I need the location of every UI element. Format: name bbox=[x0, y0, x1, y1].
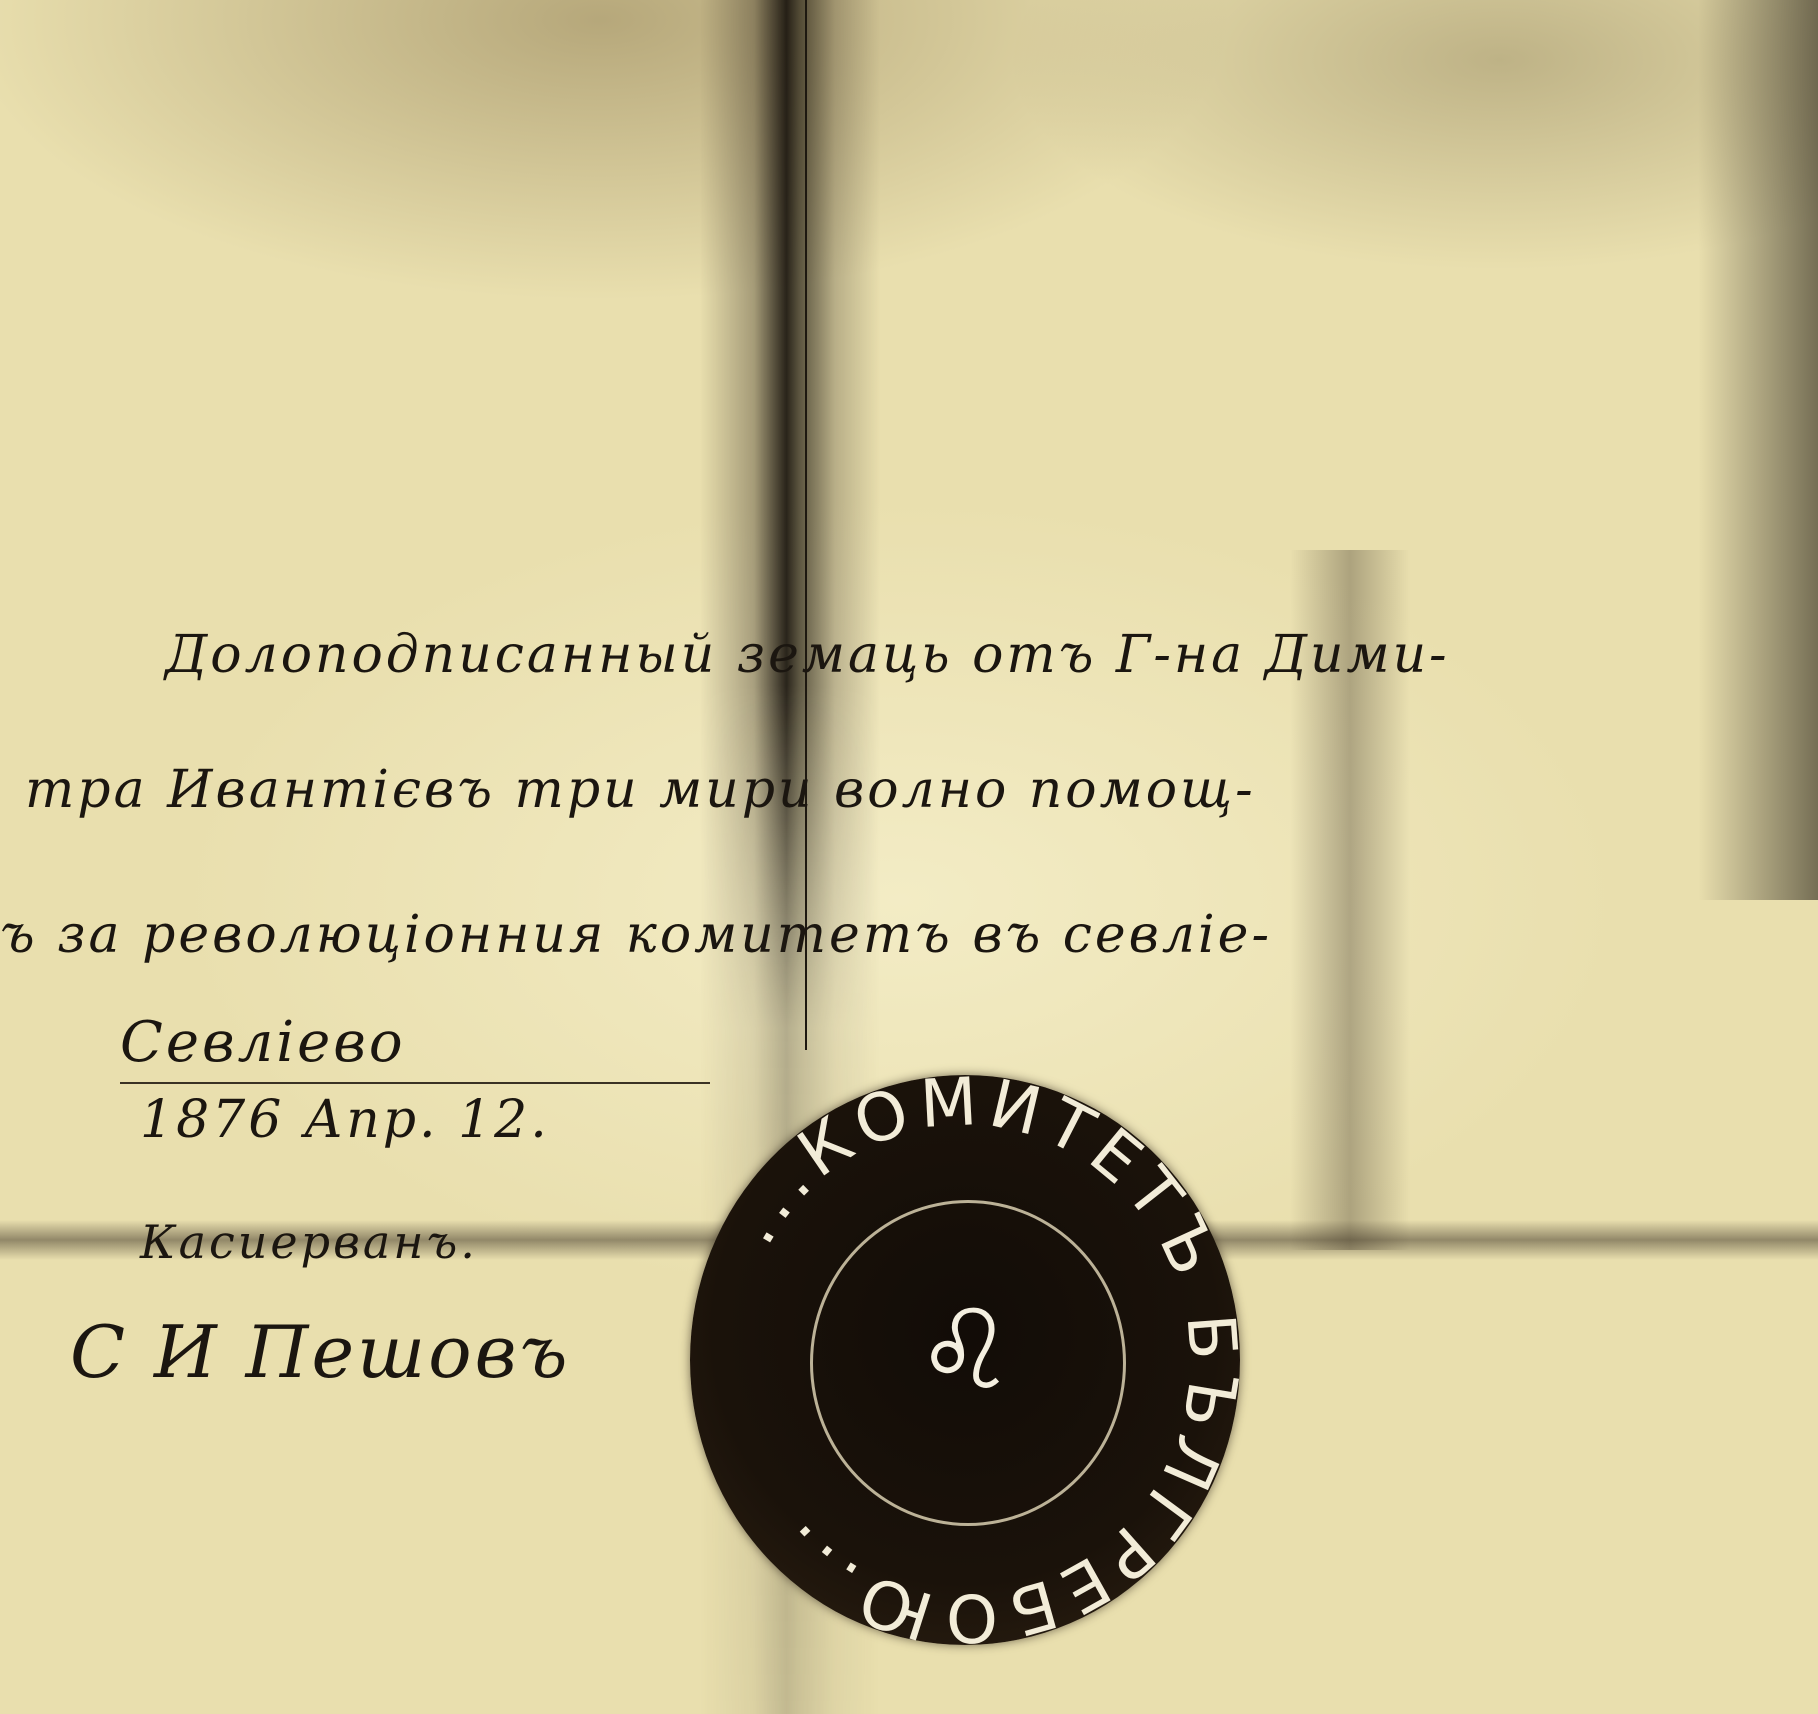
signature: С И Пешовъ bbox=[70, 1310, 571, 1394]
committee-seal: ...КОМИТЕТЪ БЪЛГРЕБОЮ... ♌ bbox=[690, 1075, 1240, 1645]
place-name: Севліево bbox=[120, 1010, 406, 1075]
document-date: 1876 Апр. 12. bbox=[140, 1090, 550, 1150]
signer-title: Касиерванъ. bbox=[140, 1215, 478, 1269]
right-edge-shadow bbox=[1698, 0, 1818, 900]
lion-emblem-icon: ♌ bbox=[890, 1275, 1040, 1425]
document-photo: Долоподписанный земаць отъ Г-на Дими- тр… bbox=[0, 0, 1818, 1714]
body-line-1: Долоподписанный земаць отъ Г-на Дими- bbox=[165, 625, 1450, 685]
place-underline bbox=[120, 1082, 710, 1084]
vertical-fold-line bbox=[805, 0, 807, 1050]
body-line-3: ъ за революціонния комитетъ въ севліе- bbox=[0, 905, 1272, 965]
body-line-2: тра Ивантієвъ три мири волно помощ- bbox=[25, 760, 1256, 820]
